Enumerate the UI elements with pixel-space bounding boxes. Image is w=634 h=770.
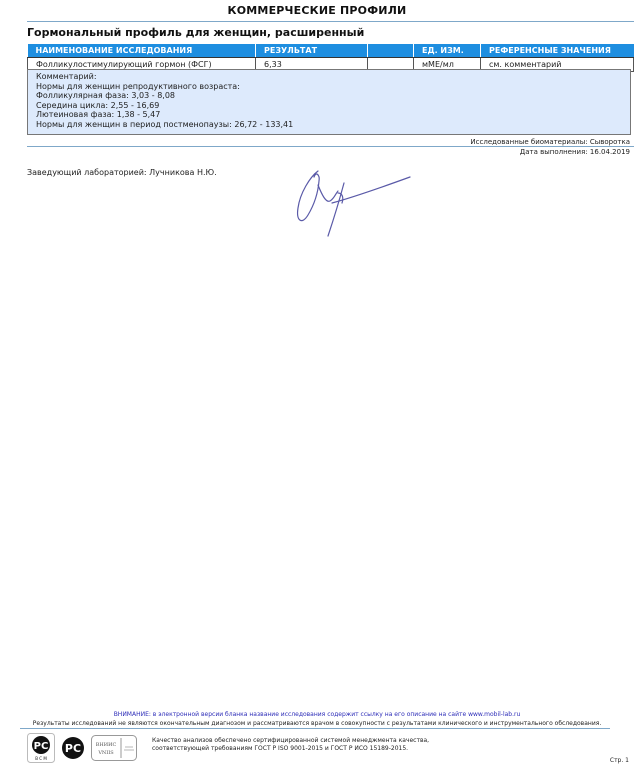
execution-date: Дата выполнения: 16.04.2019 [520, 148, 630, 156]
comment-line: Середина цикла: 2,55 - 16,69 [36, 101, 622, 111]
svg-text:РС: РС [65, 742, 81, 755]
quality-line: Качество анализов обеспечено сертифициро… [152, 737, 429, 745]
footer-warning[interactable]: ВНИМАНИЕ: в электронной версии бланка на… [0, 711, 634, 718]
page-number: Стр. 1 [610, 757, 629, 764]
lab-head: Заведующий лабораторией: Лучникова Н.Ю. [27, 168, 217, 177]
quality-line: соответствующей требованиям ГОСТ Р ISO 9… [152, 745, 429, 753]
col-header-reference: РЕФЕРЕНСНЫЕ ЗНАЧЕНИЯ [481, 44, 634, 58]
comment-line: Нормы для женщин репродуктивного возраст… [36, 82, 622, 92]
col-header-unit: ЕД. ИЗМ. [414, 44, 481, 58]
signature-icon [292, 163, 417, 247]
page-header: КОММЕРЧЕСКИЕ ПРОФИЛИ [0, 4, 634, 17]
quality-statement: Качество анализов обеспечено сертифициро… [152, 737, 429, 753]
vniis-logo: ВНИИС VNIIS [91, 733, 137, 763]
comment-box: Комментарий: Нормы для женщин репродукти… [27, 69, 631, 135]
rst-certification-logo: РС В С М [27, 733, 55, 763]
rst-gost-logo: РС [59, 733, 87, 763]
footer-divider [20, 728, 610, 729]
comment-line: Лютеиновая фаза: 1,38 - 5,47 [36, 110, 622, 120]
col-header-name: НАИМЕНОВАНИЕ ИССЛЕДОВАНИЯ [28, 44, 256, 58]
certification-logos: РС В С М РС ВНИИС VNIIS [27, 733, 137, 763]
comment-line: Комментарий: [36, 72, 622, 82]
col-header-flag [368, 44, 414, 58]
middle-divider [27, 146, 634, 147]
svg-text:VNIIS: VNIIS [97, 750, 114, 756]
top-divider [27, 21, 634, 22]
comment-line: Фолликулярная фаза: 3,03 - 8,08 [36, 91, 622, 101]
profile-title: Гормональный профиль для женщин, расшире… [27, 26, 364, 39]
svg-text:ВНИИС: ВНИИС [96, 742, 117, 748]
biomaterial: Исследованные биоматериалы: Сыворотка [470, 138, 630, 146]
results-table: НАИМЕНОВАНИЕ ИССЛЕДОВАНИЯ РЕЗУЛЬТАТ ЕД. … [27, 44, 634, 72]
footer-disclaimer: Результаты исследований не являются окон… [0, 720, 634, 727]
svg-text:В С М: В С М [35, 756, 47, 761]
comment-line: Нормы для женщин в период постменопаузы:… [36, 120, 622, 130]
col-header-result: РЕЗУЛЬТАТ [256, 44, 368, 58]
table-header-row: НАИМЕНОВАНИЕ ИССЛЕДОВАНИЯ РЕЗУЛЬТАТ ЕД. … [28, 44, 634, 58]
svg-text:РС: РС [34, 741, 49, 752]
